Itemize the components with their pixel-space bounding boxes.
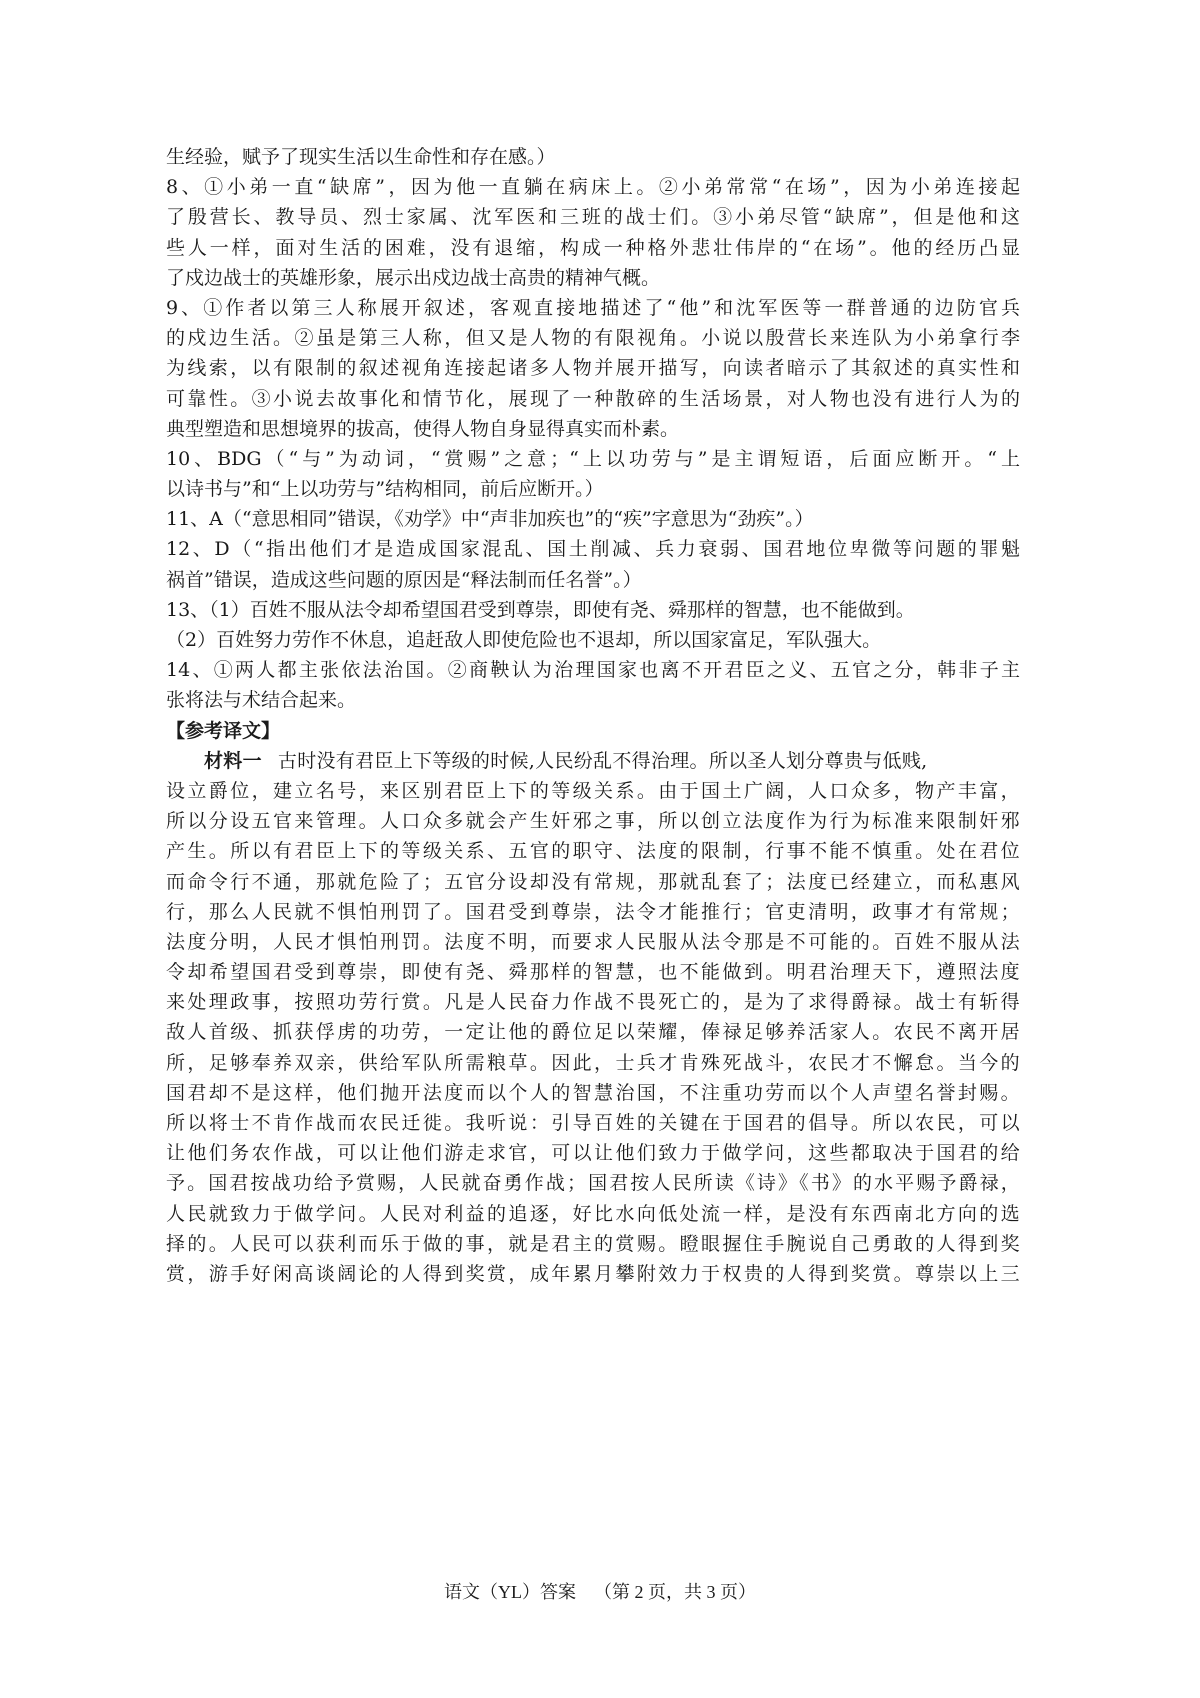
- text-line: 12、D（“指出他们才是造成国家混乱、国土削减、兵力衰弱、国君地位卑微等问题的罪…: [166, 534, 1020, 564]
- text-line: 而命令行不通，那就危险了；五官分设却没有常规，那就乱套了；法度已经建立，而私惠风: [166, 867, 1020, 897]
- text-line: 来处理政事，按照功劳行赏。凡是人民奋力作战不畏死亡的，是为了求得爵禄。战士有斩得: [166, 987, 1020, 1017]
- text-line: 9、①作者以第三人称展开叙述，客观直接地描述了“他”和沈军医等一群普通的边防官兵: [166, 293, 1020, 323]
- text-line: 国君却不是这样，他们抛开法度而以个人的智慧治国，不注重功劳而以个人声望名誉封赐。: [166, 1078, 1020, 1108]
- answer-page: 生经验，赋予了现实生活以生命性和存在感。） 8、①小弟一直“缺席”，因为他一直躺…: [166, 142, 1020, 1289]
- text-line: 13、（1）百姓不服从法令却希望国君受到尊崇，即使有尧、舜那样的智慧，也不能做到…: [166, 595, 1020, 625]
- text-line: 赏，游手好闲高谈阔论的人得到奖赏，成年累月攀附效力于权贵的人得到奖赏。尊崇以上三: [166, 1259, 1020, 1289]
- text-line: 令却希望国君受到尊崇，即使有尧、舜那样的智慧，也不能做到。明君治理天下，遵照法度: [166, 957, 1020, 987]
- text-line: 材料一古时没有君臣上下等级的时候,人民纷乱不得治理。所以圣人划分尊贵与低贱,: [166, 746, 1020, 776]
- answer-q10: 10、BDG（“与”为动词，“赏赐”之意；“上以功劳与”是主谓短语，后面应断开。…: [166, 444, 1020, 504]
- text-line: 所以分设五官来管理。人口众多就会产生奸邪之事，所以创立法度作为行为标准来限制奸邪: [166, 806, 1020, 836]
- text-line: 人民就致力于做学问。人民对利益的追逐，好比水向低处流一样，是没有东西南北方向的选: [166, 1199, 1020, 1229]
- text-line: 法度分明，人民才惧怕刑罚。法度不明，而要求人民服从法令那是不可能的。百姓不服从法: [166, 927, 1020, 957]
- text-line: （2）百姓努力劳作不休息，追赶敌人即使危险也不退却，所以国家富足，军队强大。: [166, 625, 1020, 655]
- text-line: 产生。所以有君臣上下的等级关系、五官的职守、法度的限制，行事不能不慎重。处在君位: [166, 836, 1020, 866]
- answer-q14: 14、①两人都主张依法治国。②商鞅认为治理国家也离不开君臣之义、五官之分，韩非子…: [166, 655, 1020, 715]
- text-line: 8、①小弟一直“缺席”，因为他一直躺在病床上。②小弟常常“在场”，因为小弟连接起: [166, 172, 1020, 202]
- text-line: 行，那么人民就不惧怕刑罚了。国君受到尊崇，法令才能推行；官吏清明，政事才有常规；: [166, 897, 1020, 927]
- text-line: 为线索，以有限制的叙述视角连接起诸多人物并展开描写，向读者暗示了其叙述的真实性和: [166, 353, 1020, 383]
- text-line: 所，足够奉养双亲，供给军队所需粮草。因此，士兵才肯殊死战斗，农民才不懈怠。当今的: [166, 1048, 1020, 1078]
- text-line: 可靠性。③小说去故事化和情节化，展现了一种散碎的生活场景，对人物也没有进行人为的: [166, 384, 1020, 414]
- text-line: 敌人首级、抓获俘虏的功劳，一定让他的爵位足以荣耀，俸禄足够养活家人。农民不离开居: [166, 1017, 1020, 1047]
- text-line: 些人一样，面对生活的困难，没有退缩，构成一种格外悲壮伟岸的“在场”。他的经历凸显: [166, 233, 1020, 263]
- text-line: 的戍边生活。②虽是第三人称，但又是人物的有限视角。小说以殷营长来连队为小弟拿行李: [166, 323, 1020, 353]
- answer-q8: 8、①小弟一直“缺席”，因为他一直躺在病床上。②小弟常常“在场”，因为小弟连接起…: [166, 172, 1020, 293]
- answer-q13: 13、（1）百姓不服从法令却希望国君受到尊崇，即使有尧、舜那样的智慧，也不能做到…: [166, 595, 1020, 655]
- material-label: 材料一: [204, 750, 262, 772]
- text-line: 予。国君按战功给予赏赐，人民就奋勇作战；国君按人民所读《诗》《书》的水平赐予爵禄…: [166, 1168, 1020, 1198]
- translation-body: 材料一古时没有君臣上下等级的时候,人民纷乱不得治理。所以圣人划分尊贵与低贱, 设…: [166, 746, 1020, 1289]
- page-footer: 语文（YL）答案 （第 2 页，共 3 页）: [0, 1578, 1200, 1604]
- text-line: 10、BDG（“与”为动词，“赏赐”之意；“上以功劳与”是主谓短语，后面应断开。…: [166, 444, 1020, 474]
- text-line: 14、①两人都主张依法治国。②商鞅认为治理国家也离不开君臣之义、五官之分，韩非子…: [166, 655, 1020, 685]
- answer-q12: 12、D（“指出他们才是造成国家混乱、国土削减、兵力衰弱、国君地位卑微等问题的罪…: [166, 534, 1020, 594]
- text-line: 了殷营长、教导员、烈士家属、沈军医和三班的战士们。③小弟尽管“缺席”，但是他和这: [166, 202, 1020, 232]
- answer-continuation: 生经验，赋予了现实生活以生命性和存在感。）: [166, 142, 1020, 172]
- text-line: 张将法与术结合起来。: [166, 685, 1020, 715]
- footer-subject: 语文（YL）答案: [444, 1582, 576, 1602]
- text-line: 典型塑造和思想境界的拔高，使得人物自身显得真实而朴素。: [166, 414, 1020, 444]
- answer-q11: 11、A（“意思相同”错误，《劝学》中“声非加疾也”的“疾”字意思为“劲疾”。）: [166, 504, 1020, 534]
- first-line-text: 古时没有君臣上下等级的时候,人民纷乱不得治理。所以圣人划分尊贵与低贱,: [278, 750, 928, 772]
- text-line: 择的。人民可以获利而乐于做的事，就是君主的赏赐。瞪眼握住手腕说自己勇敢的人得到奖: [166, 1229, 1020, 1259]
- answer-q9: 9、①作者以第三人称展开叙述，客观直接地描述了“他”和沈军医等一群普通的边防官兵…: [166, 293, 1020, 444]
- footer-page-info: （第 2 页，共 3 页）: [594, 1582, 756, 1602]
- text-line: 让他们务农作战，可以让他们游走求官，可以让他们致力于做学问，这些都取决于国君的给: [166, 1138, 1020, 1168]
- text-line: 以诗书与”和“上以功劳与”结构相同，前后应断开。）: [166, 474, 1020, 504]
- text-line: 祸首”错误，造成这些问题的原因是“释法制而任名誉”。）: [166, 565, 1020, 595]
- text-line: 了戍边战士的英雄形象，展示出戍边战士高贵的精神气概。: [166, 263, 1020, 293]
- translation-heading: 【参考译文】: [166, 716, 1020, 746]
- text-line: 11、A（“意思相同”错误，《劝学》中“声非加疾也”的“疾”字意思为“劲疾”。）: [166, 504, 1020, 534]
- text-line: 设立爵位，建立名号，来区别君臣上下的等级关系。由于国土广阔，人口众多，物产丰富，: [166, 776, 1020, 806]
- text-line: 生经验，赋予了现实生活以生命性和存在感。）: [166, 142, 1020, 172]
- text-line: 所以将士不肯作战而农民迁徙。我听说：引导百姓的关键在于国君的倡导。所以农民，可以: [166, 1108, 1020, 1138]
